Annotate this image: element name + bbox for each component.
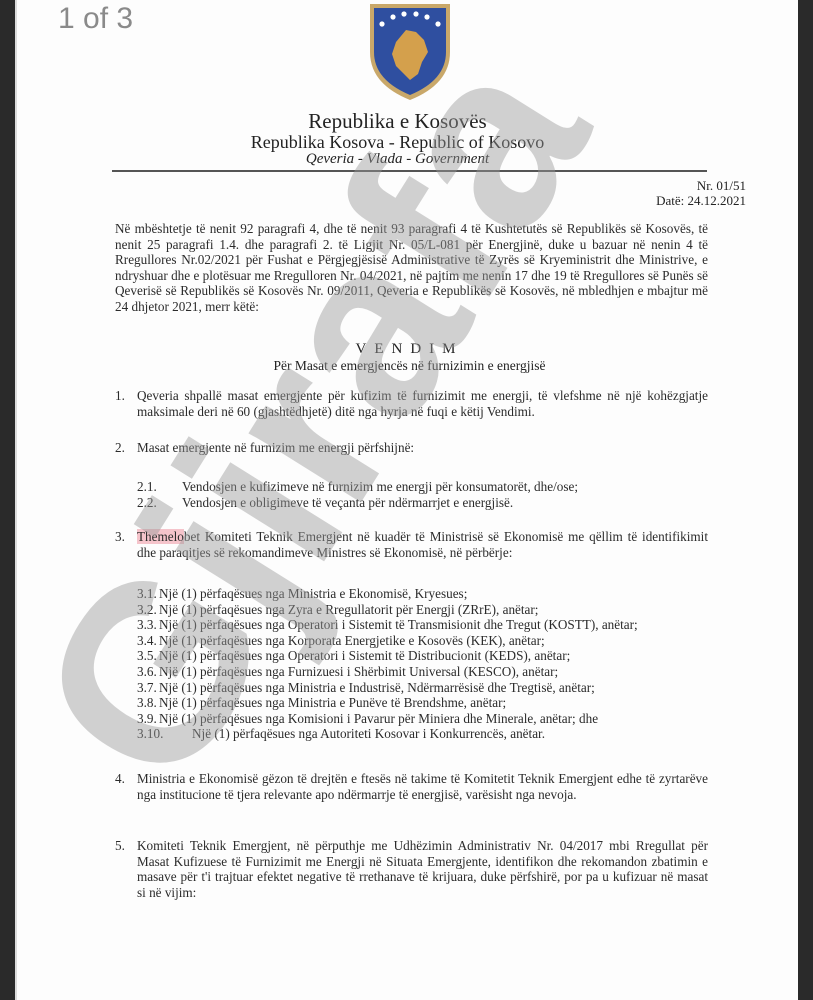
member-number: 3.3. <box>137 617 159 633</box>
member-number: 3.1. <box>137 586 159 602</box>
item-2: 2. Masat emergjente në furnizim me energ… <box>115 440 708 456</box>
member-text: Një (1) përfaqësues nga Autoriteti Kosov… <box>192 726 545 741</box>
item-number: 2. <box>115 440 125 456</box>
committee-member-item: 3.1.Një (1) përfaqësues nga Ministria e … <box>137 586 467 602</box>
item-text: Ministria e Ekonomisë gëzon të drejtën e… <box>137 771 708 802</box>
subitem-2-2: 2.2.Vendosjen e obligimeve të veçanta pë… <box>137 495 513 511</box>
member-number: 3.4. <box>137 633 159 649</box>
item-text: Qeveria shpallë masat emergjente për kuf… <box>137 388 708 419</box>
committee-member-item: 3.2.Një (1) përfaqësues nga Zyra e Rregu… <box>137 602 538 618</box>
committee-member-item: 3.10.Një (1) përfaqësues nga Autoriteti … <box>137 726 545 742</box>
item-text: Komiteti Teknik Emergjent, në përputhje … <box>137 838 708 900</box>
committee-member-item: 3.4.Një (1) përfaqësues nga Korporata En… <box>137 633 545 649</box>
item-4: 4. Ministria e Ekonomisë gëzon të drejtë… <box>115 771 708 802</box>
committee-member-item: 3.5.Një (1) përfaqësues nga Operatori i … <box>137 648 570 664</box>
member-number: 3.6. <box>137 664 159 680</box>
item-number: 5. <box>115 838 125 854</box>
highlighted-text: Themelo <box>137 529 184 544</box>
document-page: Republika e Kosovës Republika Kosova - R… <box>15 0 798 1000</box>
member-text: Një (1) përfaqësues nga Ministria e Punë… <box>159 695 506 710</box>
header-government: Qeveria - Vlada - Government <box>15 151 788 168</box>
page-indicator: 1 of 3 <box>58 2 133 36</box>
header-republic-albanian: Republika e Kosovës <box>15 109 788 134</box>
member-text: Një (1) përfaqësues nga Furnizuesi i Shë… <box>159 664 558 679</box>
decision-title: VENDIM <box>19 341 798 358</box>
subitem-2-1: 2.1.Vendosjen e kufizimeve në furnizim m… <box>137 479 578 495</box>
member-number: 3.2. <box>137 602 159 618</box>
subitem-number: 2.1. <box>137 479 182 495</box>
item-5: 5. Komiteti Teknik Emergjent, në përputh… <box>115 838 708 900</box>
member-number: 3.9. <box>137 711 159 727</box>
member-text: Një (1) përfaqësues nga Operatori i Sist… <box>159 648 570 663</box>
header-divider <box>112 170 707 172</box>
member-text: Një (1) përfaqësues nga Ministria e Indu… <box>159 680 595 695</box>
member-text: Një (1) përfaqësues nga Zyra e Rregullat… <box>159 602 538 617</box>
subitem-number: 2.2. <box>137 495 182 511</box>
subitem-text: Vendosjen e kufizimeve në furnizim me en… <box>182 479 578 494</box>
member-number: 3.10. <box>137 726 192 742</box>
committee-member-item: 3.6.Një (1) përfaqësues nga Furnizuesi i… <box>137 664 558 680</box>
item-text: bet Komiteti Teknik Emergjent në kuadër … <box>137 529 708 560</box>
decision-subtitle: Për Masat e emergjencës në furnizimin e … <box>19 358 798 374</box>
decision-date: Datë: 24.12.2021 <box>656 193 746 209</box>
member-number: 3.7. <box>137 680 159 696</box>
item-3: 3. Themelobet Komiteti Teknik Emergjent … <box>115 529 708 560</box>
subitem-text: Vendosjen e obligimeve të veçanta për nd… <box>182 495 513 510</box>
item-number: 4. <box>115 771 125 787</box>
item-1: 1. Qeveria shpallë masat emergjente për … <box>115 388 708 419</box>
committee-member-item: 3.9.Një (1) përfaqësues nga Komisioni i … <box>137 711 598 727</box>
committee-member-item: 3.3.Një (1) përfaqësues nga Operatori i … <box>137 617 638 633</box>
kosovo-emblem-icon <box>364 0 456 102</box>
intro-paragraph: Në mbështetje të nenit 92 paragrafi 4, d… <box>115 221 708 315</box>
committee-member-item: 3.8.Një (1) përfaqësues nga Ministria e … <box>137 695 506 711</box>
item-number: 3. <box>115 529 125 545</box>
header-republic-multilingual: Republika Kosova - Republic of Kosovo <box>15 132 788 153</box>
member-text: Një (1) përfaqësues nga Korporata Energj… <box>159 633 545 648</box>
item-number: 1. <box>115 388 125 404</box>
member-number: 3.5. <box>137 648 159 664</box>
committee-member-item: 3.7.Një (1) përfaqësues nga Ministria e … <box>137 680 595 696</box>
member-text: Një (1) përfaqësues nga Komisioni i Pava… <box>159 711 598 726</box>
member-text: Një (1) përfaqësues nga Operatori i Sist… <box>159 617 638 632</box>
member-number: 3.8. <box>137 695 159 711</box>
item-text: Masat emergjente në furnizim me energji … <box>137 440 708 456</box>
member-text: Një (1) përfaqësues nga Ministria e Ekon… <box>159 586 467 601</box>
decision-number: Nr. 01/51 <box>697 178 746 194</box>
